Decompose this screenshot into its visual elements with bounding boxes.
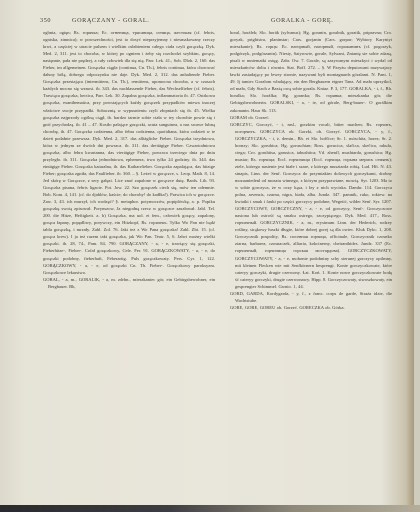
running-header: 350 GORĄCZANY - GORAL. GORALKA - GORĘ. — [40, 17, 394, 27]
dictionary-entry: horal, horálek; Slo. horák (sylvanus); H… — [230, 29, 392, 114]
dictionary-entry: GORAL, - a, m., GORALIK, - a, m. zdrbn.,… — [43, 276, 215, 290]
running-head-right: GORALKA - GORĘ. — [271, 17, 333, 24]
book-bottom-edge — [0, 505, 420, 512]
right-column: horal, horálek; Slo. horák (sylvanus); H… — [230, 29, 392, 311]
dictionary-entry: GORD, GARDA, Kordygarda, - y, f., z fran… — [230, 290, 392, 304]
dictionary-entry: GORCZYC, Gorczyć, - i, msl., gorzkim voc… — [230, 121, 392, 290]
dictionary-entry: GORE, GORE, GOREU ob. Gorzeć. GORECZKA o… — [230, 304, 392, 311]
dictionary-page: 350 GORĄCZANY - GORAL. GORALKA - GORĘ. o… — [0, 0, 414, 508]
page-number: 350 — [40, 17, 51, 24]
left-column: oghnia, ogięn; Rs. горячка; Ec. огненица… — [43, 29, 215, 290]
dictionary-entry: oghnia, ogięn; Rs. горячка; Ec. огненица… — [43, 29, 215, 276]
running-head-left: GORĄCZANY - GORAL. — [72, 17, 149, 24]
dictionary-entry: GORAM ob. Gorzeć. — [230, 114, 392, 121]
